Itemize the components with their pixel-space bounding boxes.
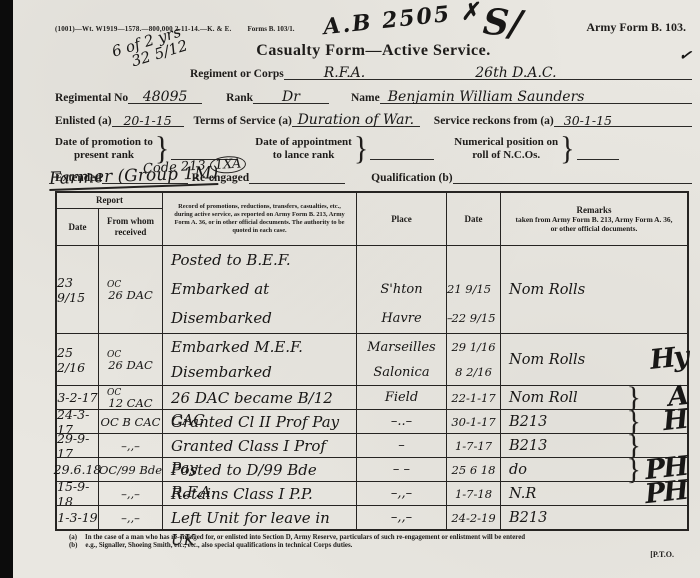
table-row: 24-3-17OC B CACGranted Cl II Prof Pay–..… <box>57 409 687 433</box>
from-whom-line: –,,– <box>121 512 140 524</box>
record-line: Retains Class I P.P. <box>171 483 313 505</box>
record-line: Embarked M.E.F. <box>171 335 303 360</box>
place-line: –,,– <box>391 507 412 529</box>
regimental-no-line: 48095 <box>128 89 202 104</box>
from-whom-header: From whom received <box>99 209 162 245</box>
remarks-header: Remarks taken from Army Form B. 213, Arm… <box>501 193 687 245</box>
numerical-label-line2: roll of N.C.Os. <box>472 149 540 161</box>
remarks-header-subtitle: taken from Army Form B. 213, Army Form A… <box>515 215 673 233</box>
footnote-a: (a) In the case of a man who has re-enga… <box>69 534 692 542</box>
promotion-label-line1: Date of promotion to <box>55 136 153 148</box>
from-whom-line: OC B CAC <box>101 416 161 428</box>
record-cell: Retains Class I P.P. <box>163 482 357 505</box>
remarks-cell: Nom Roll}A <box>501 386 687 409</box>
footnote-a-label: (a) <box>69 534 77 542</box>
date-line: 22-1-17 <box>451 387 495 409</box>
place-cell: –..– <box>357 410 447 433</box>
enlistment-row: Enlisted (a) 20-1-15 Terms of Service (a… <box>55 112 692 127</box>
date-cell: 24-2-19 <box>447 506 501 529</box>
handwritten-stamp-ab2505: A.B 2505 ✗ <box>322 0 482 40</box>
from-whom-line: –,,– <box>121 440 140 452</box>
report-date-cell: 29-9-17 <box>57 434 99 457</box>
table-row: 1-3-19–,,–Left Unit for leave in UK–,,–2… <box>57 505 687 529</box>
record-line: Posted to D/99 Bde R.F.A. <box>171 459 356 481</box>
regimental-no-value: 48095 <box>143 89 188 105</box>
date-line: 21 9/15 – <box>447 275 500 304</box>
date-line: 30-1-17 <box>451 411 495 433</box>
place-cell: MarseillesSalonica <box>357 334 447 385</box>
table-row: 15-9-18–,,–Retains Class I P.P.–,,–1-7-1… <box>57 481 687 505</box>
record-line: Disembarked <box>171 360 272 385</box>
table-row: 25 2/16OC26 DACEmbarked M.E.F.Disembarke… <box>57 333 687 385</box>
place-line: S'hton <box>380 275 422 304</box>
reckons-label: Service reckons from (a) <box>434 115 554 127</box>
from-whom-cell: OC B CAC <box>99 410 163 433</box>
record-line: Granted Cl II Prof Pay <box>171 411 339 433</box>
place-cell: – – <box>357 458 447 481</box>
enlisted-label: Enlisted (a) <box>55 115 112 127</box>
record-cell: Posted to B.E.F.Embarked atDisembarked <box>163 246 357 333</box>
date-cell: 30-1-17 <box>447 410 501 433</box>
handwritten-stamp-s: S/ <box>482 1 524 46</box>
extended-row: Extended Re-engaged Qualification (b) Fa… <box>55 170 692 184</box>
name-line: Benjamin William Saunders <box>380 89 692 104</box>
date-line: 25 6 18 <box>452 459 496 481</box>
report-header: Report <box>57 193 162 209</box>
remarks-cell: B213}H <box>501 410 687 433</box>
regiment-value: R.F.A. <box>324 65 366 81</box>
name-value: Benjamin William Saunders <box>388 89 585 105</box>
record-cell: Granted Class I Prof Pay <box>163 434 357 457</box>
remarks-text: Nom Rolls <box>509 282 585 298</box>
record-cell: Granted Cl II Prof Pay <box>163 410 357 433</box>
form-header: (1001)—Wt. W1919—1578.—800,000 2-11-14.—… <box>55 20 692 35</box>
date-header: Date <box>447 193 501 245</box>
regiment-row: Regiment or Corps R.F.A. 26th D.A.C. <box>55 65 692 80</box>
place-line: Havre <box>381 304 421 333</box>
forms-reference: Forms B. 103/1. <box>248 25 295 33</box>
remarks-text: B213 <box>509 510 547 526</box>
remarks-text: Nom Rolls <box>509 352 585 368</box>
footnote-b-text: e.g., Signaller, Shoeing Smith, etc., et… <box>85 542 352 550</box>
table-header: Report Date From whom received Record of… <box>57 193 687 245</box>
date-line: 24-2-19 <box>451 507 495 529</box>
place-cell: S'htonHavre <box>357 246 447 333</box>
qualification-label: Qualification (b) <box>371 172 452 184</box>
remarks-text: N.R <box>509 486 536 502</box>
date-line: 1-7-17 <box>455 435 492 457</box>
promotion-label-line2: present rank <box>74 149 134 161</box>
scan-left-edge <box>0 0 13 578</box>
remarks-header-title: Remarks <box>577 206 612 215</box>
from-whom-cell: –,,– <box>99 506 163 529</box>
report-date-cell: 15-9-18 <box>57 482 99 505</box>
footnote-a-text: In the case of a man who has re-engaged … <box>85 534 525 542</box>
record-line: Embarked at <box>171 275 269 304</box>
from-whom-cell: OC26 DAC <box>99 246 163 333</box>
record-line: Disembarked <box>171 304 272 333</box>
regiment-value-line: R.F.A. 26th D.A.C. <box>284 65 692 80</box>
numerical-label: Numerical position on roll of N.C.Os. <box>454 136 558 162</box>
initials-scribble: Hy <box>648 341 688 376</box>
date-cell: 1-7-18 <box>447 482 501 505</box>
regimental-no-label: Regimental No <box>55 92 128 104</box>
table-row: 3-2-17OC12 CAC26 DAC became B/12 CACFiel… <box>57 385 687 409</box>
rank-value: Dr <box>282 89 300 105</box>
initials-scribble: H <box>662 403 689 436</box>
from-whom-cell: OC12 CAC <box>99 386 163 409</box>
place-cell: –,,– <box>357 506 447 529</box>
name-label: Name <box>351 92 380 104</box>
remarks-cell: B213 <box>501 506 687 529</box>
report-date-header: Date <box>57 209 99 245</box>
from-whom-line: OC/99 Bde <box>99 464 162 476</box>
report-date-cell: 1-3-19 <box>57 506 99 529</box>
place-cell: – <box>357 434 447 457</box>
appointment-brace: } <box>354 130 368 167</box>
reengaged-line <box>249 170 345 184</box>
record-cell: Posted to D/99 Bde R.F.A. <box>163 458 357 481</box>
enlisted-value: 20-1-15 <box>123 113 171 128</box>
record-header: Record of promotions, reductions, transf… <box>163 193 357 245</box>
appointment-label: Date of appointment to lance rank <box>255 136 352 162</box>
pto-note: [P.T.O. <box>650 551 674 559</box>
terms-value: Duration of War. <box>298 112 414 128</box>
place-cell: –,,– <box>357 482 447 505</box>
qualification-line <box>453 170 692 184</box>
table-row: 29.6.18OC/99 BdePosted to D/99 Bde R.F.A… <box>57 457 687 481</box>
numerical-col: Numerical position on roll of N.C.Os. } <box>454 132 618 166</box>
from-whom-line: –,,– <box>121 488 140 500</box>
report-date-cell: 23 9/15 <box>57 246 99 333</box>
regiment-label: Regiment or Corps <box>190 68 284 80</box>
enlisted-line: 20-1-15 <box>112 113 184 127</box>
date-line: 1-7-18 <box>455 483 492 505</box>
remarks-text: B213 <box>509 414 547 430</box>
record-line: Granted Class I Prof Pay <box>171 435 356 457</box>
scanned-document: (1001)—Wt. W1919—1578.—800,000 2-11-14.—… <box>0 0 700 578</box>
appointment-col: Date of appointment to lance rank } <box>255 132 434 166</box>
date-cell: 1-7-17 <box>447 434 501 457</box>
from-whom-cell: OC26 DAC <box>99 334 163 385</box>
place-line: Marseilles <box>367 335 435 360</box>
record-line: 26 DAC became B/12 CAC <box>171 387 356 409</box>
rank-line: Dr <box>253 89 329 104</box>
date-line: 8 2/16 <box>455 360 492 385</box>
reckons-line: 30-1-15 <box>554 113 692 127</box>
report-date-cell: 25 2/16 <box>57 334 99 385</box>
form-page: (1001)—Wt. W1919—1578.—800,000 2-11-14.—… <box>13 0 700 578</box>
rank-label: Rank <box>226 92 253 104</box>
remarks-text: do <box>509 462 527 478</box>
from-whom-line: 26 DAC <box>108 359 153 371</box>
service-record-table: Report Date From whom received Record of… <box>55 191 689 531</box>
record-line: Left Unit for leave in UK <box>171 507 356 529</box>
remarks-cell: Nom Rolls <box>501 246 687 333</box>
terms-label: Terms of Service (a) <box>194 115 292 127</box>
date-line: 29 1/16 <box>451 335 495 360</box>
place-line: Salonica <box>373 360 429 385</box>
remarks-cell: N.RPH <box>501 482 687 505</box>
footnote-b: (b) e.g., Signaller, Shoeing Smith, etc.… <box>69 542 692 550</box>
record-cell: 26 DAC became B/12 CAC <box>163 386 357 409</box>
record-line: Posted to B.E.F. <box>171 246 291 275</box>
regiment-value-2: 26th D.A.C. <box>475 65 556 81</box>
numerical-line <box>577 138 619 160</box>
date-cell: 29 1/168 2/16 <box>447 334 501 385</box>
terms-line: Duration of War. <box>292 112 420 127</box>
place-line: –,,– <box>391 483 412 505</box>
date-cell: 22-1-17 <box>447 386 501 409</box>
date-cell: 21 9/15 –22 9/15 <box>447 246 501 333</box>
regimental-row: Regimental No 48095 Rank Dr Name Benjami… <box>55 89 692 104</box>
report-header-group: Report Date From whom received <box>57 193 163 245</box>
place-line: – – <box>393 459 410 481</box>
date-cell: 25 6 18 <box>447 458 501 481</box>
from-whom-cell: OC/99 Bde <box>99 458 163 481</box>
numerical-label-line1: Numerical position on <box>454 136 558 148</box>
place-cell: Field <box>357 386 447 409</box>
place-line: Field <box>385 387 418 409</box>
from-whom-line: 12 CAC <box>108 397 152 409</box>
from-whom-cell: –,,– <box>99 434 163 457</box>
place-line: –..– <box>391 411 412 433</box>
place-header: Place <box>357 193 447 245</box>
report-subheaders: Date From whom received <box>57 209 162 245</box>
trade-handwritten: Farmer (Group 1M) <box>49 163 219 191</box>
place-line: – <box>398 435 405 457</box>
appointment-line <box>370 138 434 160</box>
check-mark: ✓ <box>678 45 693 65</box>
appointment-label-line2: to lance rank <box>273 149 335 161</box>
numerical-brace: } <box>560 130 574 167</box>
date-line: 22 9/15 <box>451 304 495 333</box>
promotion-row: Date of promotion to present rank } Date… <box>55 132 692 166</box>
record-cell: Embarked M.E.F.Disembarked <box>163 334 357 385</box>
remarks-text: B213 <box>509 438 547 454</box>
printer-reference: (1001)—Wt. W1919—1578.—800,000 2-11-14.—… <box>55 25 232 33</box>
record-cell: Left Unit for leave in UK <box>163 506 357 529</box>
appointment-label-line1: Date of appointment <box>255 136 352 148</box>
from-whom-line: 26 DAC <box>108 289 153 301</box>
reckons-value: 30-1-15 <box>564 113 612 128</box>
footnotes: (a) In the case of a man who has re-enga… <box>55 534 692 550</box>
remarks-cell: Nom RollsHy <box>501 334 687 385</box>
promotion-label: Date of promotion to present rank <box>55 136 153 162</box>
footnote-b-label: (b) <box>69 542 77 550</box>
table-body: 23 9/15OC26 DACPosted to B.E.F.Embarked … <box>57 245 687 529</box>
army-form-number: Army Form B. 103. <box>586 20 692 35</box>
table-row: 23 9/15OC26 DACPosted to B.E.F.Embarked … <box>57 245 687 333</box>
remarks-text: Nom Roll <box>509 390 578 406</box>
from-whom-cell: –,,– <box>99 482 163 505</box>
table-row: 29-9-17–,,–Granted Class I Prof Pay–1-7-… <box>57 433 687 457</box>
